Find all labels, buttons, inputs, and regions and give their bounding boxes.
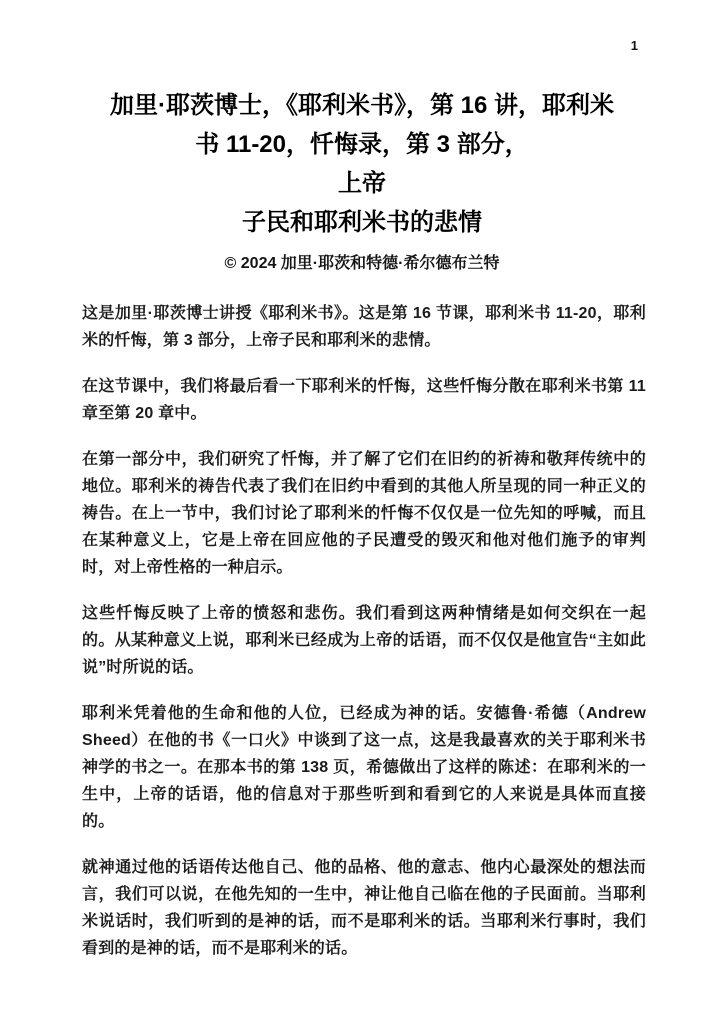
document-title: 加里·耶茨博士，《耶利米书》，第 16 讲，耶利米 书 11-20，忏悔录，第 … [56,86,668,242]
title-line-3: 上帝 [56,164,668,203]
body-paragraph: 在第一部分中，我们研究了忏悔，并了解了它们在旧约的祈祷和敬拜传统中的地位。耶利米… [82,446,646,581]
title-line-4: 子民和耶利米书的悲情 [56,203,668,242]
document-body: 这是加里·耶茨博士讲授《耶利米书》。这是第 16 节课，耶利米书 11-20，耶… [82,300,646,962]
body-paragraph: 就神通过他的话语传达他自己、他的品格、他的意志、他内心最深处的想法而言，我们可以… [82,854,646,962]
copyright-line: © 2024 加里·耶茨和特德·希尔德布兰特 [0,250,724,273]
body-paragraph: 这些忏悔反映了上帝的愤怒和悲伤。我们看到这两种情绪是如何交织在一起的。从某种意义… [82,600,646,681]
body-paragraph: 在这节课中，我们将最后看一下耶利米的忏悔，这些忏悔分散在耶利米书第 11 章至第… [82,373,646,427]
title-line-1: 加里·耶茨博士，《耶利米书》，第 16 讲，耶利米 [56,86,668,125]
title-line-2: 书 11-20，忏悔录，第 3 部分， [56,125,668,164]
body-paragraph: 耶利米凭着他的生命和他的人位，已经成为神的话。安德鲁·希德（Andrew She… [82,700,646,835]
body-paragraph: 这是加里·耶茨博士讲授《耶利米书》。这是第 16 节课，耶利米书 11-20，耶… [82,300,646,354]
document-page: 1 加里·耶茨博士，《耶利米书》，第 16 讲，耶利米 书 11-20，忏悔录，… [0,0,724,1024]
page-number: 1 [631,38,638,53]
